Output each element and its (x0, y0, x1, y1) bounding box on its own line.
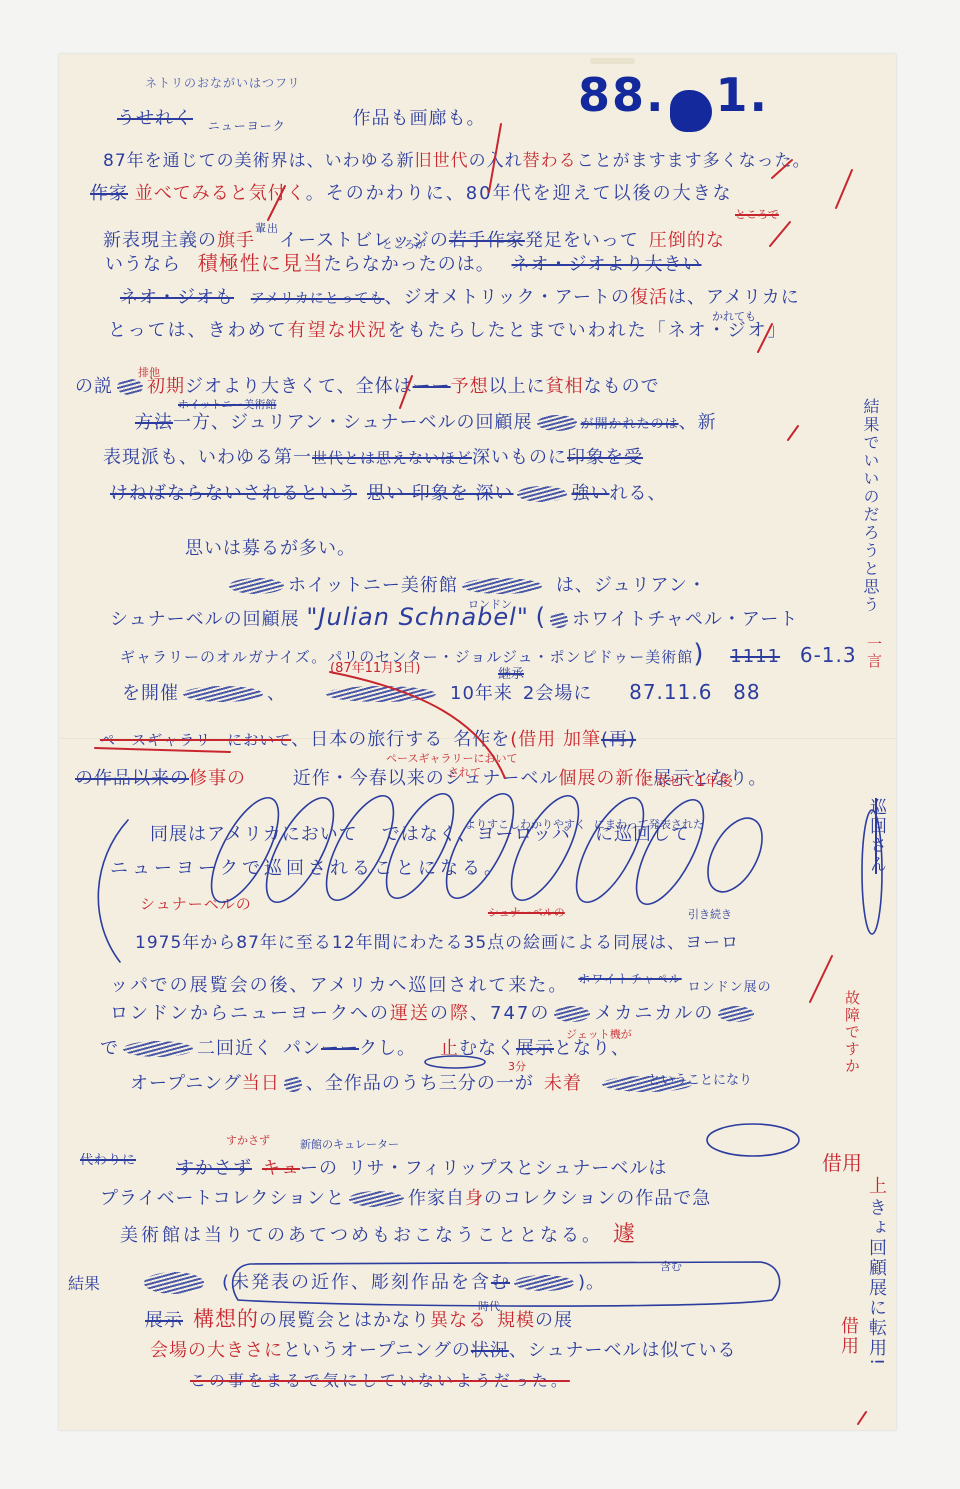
handwritten-text: ) (693, 639, 704, 669)
handwritten-text: は、アメリカに (668, 287, 800, 308)
handwritten-text: の展覧会とはかなり (259, 1310, 430, 1331)
handwritten-text: パン (283, 1038, 321, 1059)
interlinear-annotation: されて (448, 766, 481, 779)
manuscript-line: いうなら 積極性に見当たらなかったのは。 ネオ・ジオより大きい (105, 252, 701, 276)
handwritten-text: オープニング (130, 1073, 242, 1094)
handwritten-text: ホワイトチャペル・アート (572, 609, 798, 630)
date-year: 88 (578, 68, 646, 122)
red-ink-correction: 当日 (242, 1073, 280, 1094)
manuscript-line: この事をまるで気にしていないようだった。 (190, 1370, 570, 1392)
scribbled-out-text (183, 686, 263, 702)
manuscript-line: ホイットニー美術館は、ジュリアン・ (225, 575, 707, 597)
manuscript-line: ギャラリーのオルガナイズ。パリのセンター・ジョルジュ・ポンピドゥー美術館) 11… (120, 643, 857, 668)
struck-out-text: 若手作家 (449, 230, 525, 251)
interlinear-annotation: ジェット機が (566, 1028, 632, 1041)
red-ink-correction: 有望な (288, 320, 348, 341)
interlinear-annotation: ロンドン (468, 598, 512, 611)
struck-out-text: が開かれたのは (581, 417, 679, 432)
handwritten-text: (未発表の近作、彫刻作品を含 (222, 1272, 491, 1293)
red-ink-correction: (借用 加筆 (510, 729, 601, 750)
red-ink-correction: 会場の大きさに (150, 1340, 283, 1361)
interlinear-annotation: 含む (660, 1260, 682, 1273)
manuscript-line: を開催、10年来2会場に 87.11.6 88 (122, 681, 761, 705)
red-ink-correction: 際 (450, 1003, 470, 1024)
crossed-out-text: 同展はアメリカにおいて (150, 824, 358, 845)
handwritten-text: となり、 (554, 1038, 630, 1059)
red-ink-correction: 旗手 (217, 230, 255, 251)
handwritten-text: 1975年から87年に至る12年間にわたる35点の絵画による同展は、 (135, 933, 685, 953)
manuscript-line: 思いは募るが多い。 (185, 538, 356, 560)
handwritten-text: むなく (459, 1038, 516, 1059)
handwritten-text: のコレクションの作品で急 (484, 1188, 711, 1209)
struck-out-text: 印象を受 (567, 447, 643, 468)
red-ink-correction: 貧相 (546, 376, 584, 397)
interlinear-annotation: 時代 (478, 1300, 500, 1313)
interlinear-annotation: ホイットニー美術館 (178, 398, 276, 411)
handwritten-text: は、ジュリアン・ (556, 575, 707, 596)
handwritten-text: シュナーベルの回顧展 (110, 609, 300, 630)
scribbled-out-text (326, 686, 436, 702)
manuscript-line: (未発表の近作、彫刻作品を含む)。 (140, 1272, 605, 1294)
handwritten-text: の説 (75, 376, 113, 397)
handwritten-text: 2会場に (523, 683, 592, 704)
scribbled-out-text (284, 1076, 302, 1092)
handwritten-text: の入れ (469, 151, 523, 171)
manuscript-line: で二回近くパンーークし。止むなく展示となり、 (100, 1038, 630, 1060)
date-stamp: 88.●1. (578, 70, 769, 132)
struck-out-text: 展示 (145, 1310, 183, 1331)
manuscript-line: 美術館は当りてのあてつめもおこなうこととなる。遽 (120, 1224, 638, 1247)
handwritten-text: 表現派も、いわゆる第一 (103, 447, 312, 468)
handwritten-text: リサ・フィリップスとシュナーベルは (348, 1158, 667, 1179)
struck-out-text: ホワイトチャペル (578, 972, 681, 986)
manuscript-line: シュナーベルの (140, 893, 252, 915)
red-ink-correction: 未着 (544, 1073, 582, 1094)
handwritten-text: ジオより大きくて、全体は (185, 376, 413, 397)
interlinear-annotation: シュナーベルの (488, 906, 565, 919)
red-ink-correction: 運送 (390, 1003, 430, 1024)
handwritten-text: 思いは募るが多い。 (185, 538, 356, 559)
manuscript-line: うせれく ニューヨーク 作品も画廊も。 (117, 108, 485, 137)
manuscript-line: ペースギャラリーにおいて、日本の旅行する名作を(借用 加筆(再) (100, 729, 636, 751)
interlinear-annotation: ところで (735, 208, 779, 221)
manuscript-line: ロンドンからニューヨークへの運送の際、747のメカニカルの (110, 1003, 758, 1025)
handwritten-text: ロンドンからニューヨークへの (110, 1003, 390, 1024)
red-ink-correction: 復活 (630, 287, 668, 308)
handwritten-text: 、 (267, 683, 286, 704)
handwritten-text: ロンドン展の (688, 980, 772, 995)
manuscript-line: の説初期ジオより大きくて、全体はーー予想以上に貧相なもので (75, 376, 660, 398)
manuscript-line: オープニング当日、全作品のうち三分の一が未着 (130, 1073, 696, 1095)
interlinear-annotation: 新館のキュレーター (300, 1138, 399, 1151)
red-ink-correction: 構想的 (193, 1307, 259, 1331)
interlinear-annotation: 継承 (498, 668, 524, 681)
handwritten-text: ヨーロ (685, 933, 739, 953)
manuscript-line: プライベートコレクションと作家自身のコレクションの作品で急 (100, 1188, 711, 1210)
handwritten-text: 、全作品のうち (306, 1073, 439, 1094)
scribbled-out-text (117, 379, 143, 395)
scribbled-out-text (229, 578, 284, 594)
handwritten-text: いうなら (105, 254, 181, 275)
struck-out-text: 代わりに (80, 1153, 136, 1168)
handwritten-text: 輩出 (255, 222, 279, 235)
handwritten-text: 深いものに (472, 447, 567, 468)
scribbled-out-text (123, 1041, 193, 1057)
scribbled-out-text (514, 1275, 574, 1291)
handwritten-text: )。 (578, 1272, 605, 1293)
struck-out-text: む (491, 1272, 510, 1293)
handwritten-text: 、新 (679, 412, 717, 433)
manuscript-line: ニューヨークで巡回されることになる。 (110, 858, 506, 880)
interlinear-annotation: にまわって発表された (594, 818, 704, 831)
handwritten-text: 、ジオメトリック・アートの (384, 287, 630, 308)
handwritten-text: ーの (300, 1158, 338, 1179)
scribbled-out-text (144, 1272, 204, 1294)
scribbled-out-text (537, 415, 577, 431)
interlinear-annotation: ところが (382, 238, 426, 251)
red-ink-correction: 身 (465, 1188, 484, 1209)
red-ink-correction: 替わる (523, 151, 577, 171)
struck-out-text: 強い (571, 483, 609, 504)
red-struck-text: キュ (262, 1158, 300, 1179)
handwritten-text: 発足をいって (525, 230, 639, 251)
handwritten-text: 、747の (470, 1003, 550, 1024)
handwritten-text: で (100, 1038, 119, 1059)
struck-out-text: すかさず (176, 1158, 252, 1179)
red-ink-correction: 圧倒的な (649, 230, 725, 251)
handwritten-text: 一方、ジュリアン・シュナーベルの回顧展 (173, 412, 533, 433)
interlinear-annotation: ペースギャラリーにおいて (386, 752, 517, 765)
margin-note-vertical: 上 (866, 1176, 886, 1196)
scribbled-out-text (718, 1006, 754, 1022)
ink-blot-icon: ● (670, 90, 712, 132)
handwritten-text: 10年来 (450, 683, 513, 704)
handwritten-text: が (515, 1073, 534, 1094)
margin-note-vertical: 借用 (838, 1316, 858, 1356)
red-ink-correction: 異なる (430, 1310, 487, 1331)
struck-out-text: 1111 (730, 646, 780, 667)
interlinear-annotation: よりすこしわかりやすく (465, 818, 586, 831)
handwritten-text: プライベートコレクションと (100, 1188, 345, 1209)
struck-out-text: ーー (413, 376, 451, 397)
margin-note-vertical: 故障ですか (842, 990, 862, 1075)
manuscript-line: 展示構想的の展覧会とはかなり異なる規模の展 (145, 1308, 573, 1332)
handwritten-text: ニューヨーク (208, 119, 286, 133)
red-ink-correction: 並べてみると (135, 183, 249, 204)
interlinear-annotation: かれても (712, 310, 756, 323)
crossed-out-text: ニューヨークで巡回されることになる。 (110, 858, 506, 879)
handwritten-text: 87年を通じての美術界は、いわゆる新 (103, 151, 415, 171)
handwritten-text: をもたらしたとまでいわれた (388, 320, 648, 341)
handwritten-text: 名作を (453, 729, 510, 750)
struck-out-text: 方法 (135, 412, 173, 433)
handwritten-text: 三分の一 (439, 1073, 515, 1094)
red-ink-correction: 規模 (497, 1310, 535, 1331)
manuscript-line: 1975年から87年に至る12年間にわたる35点の絵画による同展は、ヨーロ (135, 932, 739, 954)
handwritten-text: 。そのかわりに、80年代を迎えて以後の大きな (306, 183, 733, 204)
interlinear-annotation: 3分 (508, 1060, 526, 1073)
manuscript-line: 87年を通じての美術界は、いわゆる新旧世代の入れ替わることがますます多くなった。 (103, 150, 811, 172)
handwritten-text: 新表現主義の (103, 230, 217, 251)
paper-clip-mark (590, 58, 635, 64)
struck-out-text: ーー (321, 1038, 359, 1059)
handwritten-text: というオープニングの (283, 1340, 471, 1361)
red-ink-correction: 見当 (282, 251, 324, 275)
handwritten-text: の展 (535, 1310, 573, 1331)
handwritten-text: 近作・今春以来の (293, 768, 445, 789)
struck-out-text: 思い 印象を 深い (367, 483, 513, 504)
struck-out-text: アメリカにとっても (251, 291, 385, 307)
scribbled-out-text (517, 486, 567, 502)
scribbled-out-text (550, 612, 568, 628)
margin-note-vertical: 巡回さん (866, 798, 886, 874)
manuscript-line: ネオ・ジオも アメリカにとっても、ジオメトリック・アートの復活は、アメリカに (120, 287, 800, 310)
interlinear-annotation: に寄せて1年後 (640, 776, 733, 789)
red-ink-correction: シュナーベルの (140, 895, 252, 913)
date-range: 6-1.3 (800, 643, 857, 667)
struck-out-text: 状況 (471, 1340, 509, 1361)
red-ink-correction: 遽 (613, 1222, 638, 1247)
handwritten-text: の (430, 1003, 450, 1024)
date-day: 1. (716, 68, 769, 122)
red-ink-correction: 止 (440, 1038, 459, 1059)
red-ink-correction: 積極性に (198, 251, 282, 275)
red-ink-correction: 旧世代 (415, 151, 469, 171)
manuscript-line: 方法一方、ジュリアン・シュナーベルの回顧展が開かれたのは、新 (135, 412, 717, 436)
struck-out-text: 作家 (90, 183, 128, 204)
scribbled-out-text (349, 1191, 404, 1207)
scribbled-out-text (554, 1006, 590, 1022)
scribbled-out-text (462, 578, 542, 594)
red-struck-text: ペースギャラリーにおいて (100, 731, 291, 749)
manuscript-line: 代わりにすかさずキューのリサ・フィリップスとシュナーベルは (80, 1150, 667, 1180)
margin-note-vertical: きょ回顧展に転用! (866, 1198, 886, 1367)
handwritten-text: クし。 (359, 1038, 416, 1059)
struck-out-text: の作品以来の (75, 768, 189, 789)
handwritten-text: とっては、きわめて (108, 320, 288, 341)
date-separator: . (646, 68, 665, 122)
handwritten-text: ホイットニー美術館 (288, 575, 458, 596)
handwritten-text: 、日本の旅行する (291, 729, 443, 750)
manuscript-line: とっては、きわめて有望な状況をもたらしたとまでいわれた「ネオ・ジオ」 (108, 320, 788, 342)
struck-out-text: ネオ・ジオより大きい (511, 254, 701, 275)
top-note: ネトリのおながいはつフリ (145, 74, 301, 91)
handwritten-text: を開催 (122, 683, 179, 704)
struck-out-text: (再) (601, 729, 636, 750)
manuscript-line: シュナーベルの回顧展 "Julian Schnabel" (ホワイトチャペル・ア… (110, 606, 798, 631)
margin-note-vertical: 一言 (864, 636, 884, 670)
red-ink-correction: 初期 (147, 376, 185, 397)
handwritten-text: 作品も画廊も。 (352, 108, 485, 129)
margin-note-vertical: 結果でいいのだろうと思う (860, 398, 880, 614)
interlinear-annotation: 引き続き (688, 908, 732, 921)
handwritten-text: 作家自 (408, 1188, 465, 1209)
handwritten-text: 美術館は当りてのあてつめもおこなうこととなる。 (120, 1225, 603, 1246)
interlinear-annotation: (87年11月3日) (330, 662, 421, 675)
margin-note: 結果 (68, 1274, 100, 1294)
struck-out-text: うせれく (117, 108, 193, 129)
manuscript-line: ッパでの展覧会の後、アメリカへ巡回されて来た。ホワイトチャペルロンドン展の (110, 968, 772, 999)
date-value: 88 (733, 680, 760, 704)
red-ink-correction: 気付く (249, 183, 306, 204)
manuscript-line: 会場の大きさにというオープニングの状況、シュナーベルは似ている (150, 1340, 736, 1362)
handwritten-text: 以上に (489, 376, 546, 397)
red-ink-correction: 予想 (451, 376, 489, 397)
manuscript-line: 表現派も、いわゆる第一世代とは思えないほど深いものに印象を受 (103, 447, 643, 469)
interlinear-annotation: 排他 (138, 366, 160, 379)
handwritten-text: ことがますます多くなった。 (577, 151, 811, 171)
handwritten-text: ( (536, 603, 546, 631)
date-value: 87.11.6 (629, 680, 712, 704)
interlinear-annotation: ということになり (648, 1074, 752, 1087)
handwritten-text: れる、 (609, 483, 666, 504)
struck-out-text: 展示 (516, 1038, 554, 1059)
red-struck-text: この事をまるで気にしていないようだった。 (190, 1371, 570, 1390)
manuscript-line: けねばならないされるという思い 印象を 深い強いれる、 (110, 483, 666, 505)
handwritten-text: たらなかったのは。 (324, 254, 495, 275)
handwritten-text: ッパでの展覧会の後、アメリカへ巡回されて来た。 (110, 975, 568, 996)
manuscript-line: 作家 並べてみると気付く。そのかわりに、80年代を迎えて以後の大きな (90, 183, 733, 205)
struck-out-text: ネオ・ジオも (120, 287, 234, 308)
red-ink-correction: 修事の (189, 768, 246, 789)
handwritten-text: 二回近く (197, 1038, 273, 1059)
handwritten-text: 、シュナーベルは似ている (509, 1340, 737, 1361)
struck-out-text: けねばならないされるという (110, 483, 357, 504)
red-ink-correction: 状況 (348, 320, 388, 341)
handwritten-text: 「ネオ・ジオ」 (648, 320, 788, 341)
margin-note: 借用 (822, 1152, 862, 1174)
struck-out-text: 世代とは思えないほど (312, 449, 472, 467)
handwritten-text: なもので (584, 376, 660, 397)
interlinear-annotation: すかさず (226, 1134, 270, 1147)
handwritten-text: メカニカルの (594, 1003, 714, 1024)
